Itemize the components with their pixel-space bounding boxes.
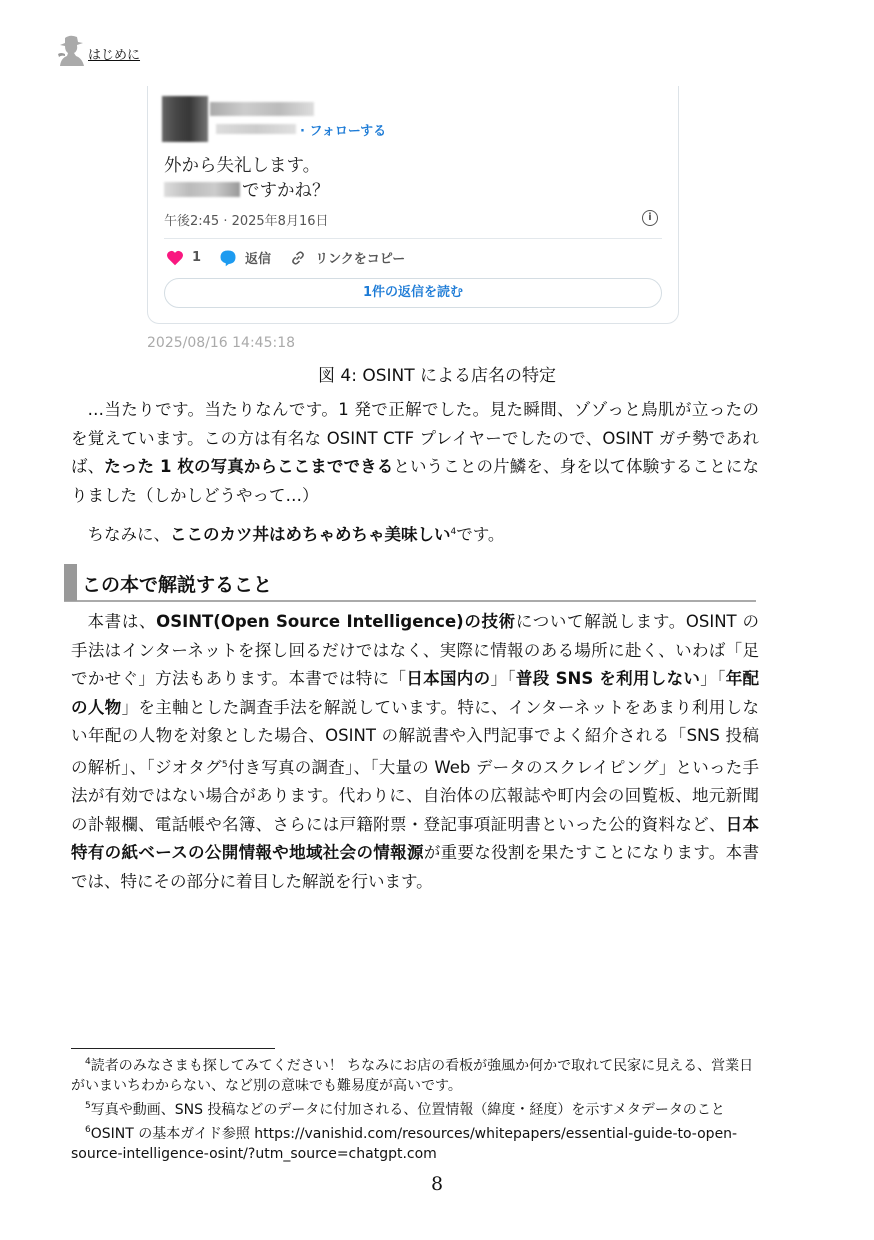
section-heading: この本で解説すること [82, 570, 272, 597]
capture-timestamp: 2025/08/16 14:45:18 [147, 335, 295, 351]
chapter-title[interactable]: はじめに [88, 44, 140, 63]
link-icon [289, 249, 307, 267]
info-icon[interactable]: i [642, 210, 658, 226]
read-replies-button[interactable]: 1件の返信を読む [164, 278, 662, 308]
paragraph-1: …当たりです。当たりなんです。1 発で正解でした。見た瞬間、ゾゾっと鳥肌が立った… [71, 396, 759, 510]
figure-caption: 図 4: OSINT による店名の特定 [0, 361, 874, 386]
section-bar [64, 564, 77, 601]
page-number: 8 [0, 1173, 874, 1195]
heart-icon [166, 250, 184, 266]
like-button[interactable]: 1 [166, 250, 201, 266]
divider [164, 238, 662, 239]
footnote-5: 5写真や動画、SNS 投稿などのデータに付加される、位置情報（緯度・経度）を示す… [71, 1096, 761, 1120]
shop-name-blurred [164, 182, 240, 197]
tweet-screenshot: · フォローする 外から失礼します。 ですかね？ 午後2:45 · 2025年8… [147, 86, 679, 324]
follow-button[interactable]: · フォローする [300, 120, 386, 139]
copy-link-button[interactable]: リンクをコピー [289, 248, 405, 267]
handle-blurred [216, 124, 296, 134]
paragraph-3: 本書は、OSINT(Open Source Intelligence)の技術につ… [71, 608, 759, 896]
running-header: はじめに [56, 34, 140, 66]
footnote-rule [71, 1048, 275, 1049]
reply-button[interactable]: 返信 [219, 248, 271, 267]
detective-icon [56, 34, 86, 66]
avatar-blurred [162, 96, 208, 142]
tweet-timestamp[interactable]: 午後2:45 · 2025年8月16日 [164, 210, 329, 229]
footnote-4: 4読者のみなさまも探してみてください！ ちなみにお店の看板が強風か何かで取れて民… [71, 1052, 761, 1096]
paragraph-2: ちなみに、ここのカツ丼はめちゃめちゃ美味しい4です。 [71, 518, 759, 550]
section-header: この本で解説すること [64, 564, 756, 602]
tweet-actions: 1 返信 リンクをコピー [166, 248, 423, 267]
username-blurred [210, 102, 314, 116]
footnote-6[interactable]: 6OSINT の基本ガイド参照 https://vanishid.com/res… [71, 1120, 761, 1164]
like-count: 1 [192, 250, 201, 265]
footnotes: 4読者のみなさまも探してみてください！ ちなみにお店の看板が強風か何かで取れて民… [71, 1052, 761, 1164]
speech-bubble-icon [219, 249, 237, 267]
tweet-text: 外から失礼します。 ですかね？ [164, 154, 330, 204]
